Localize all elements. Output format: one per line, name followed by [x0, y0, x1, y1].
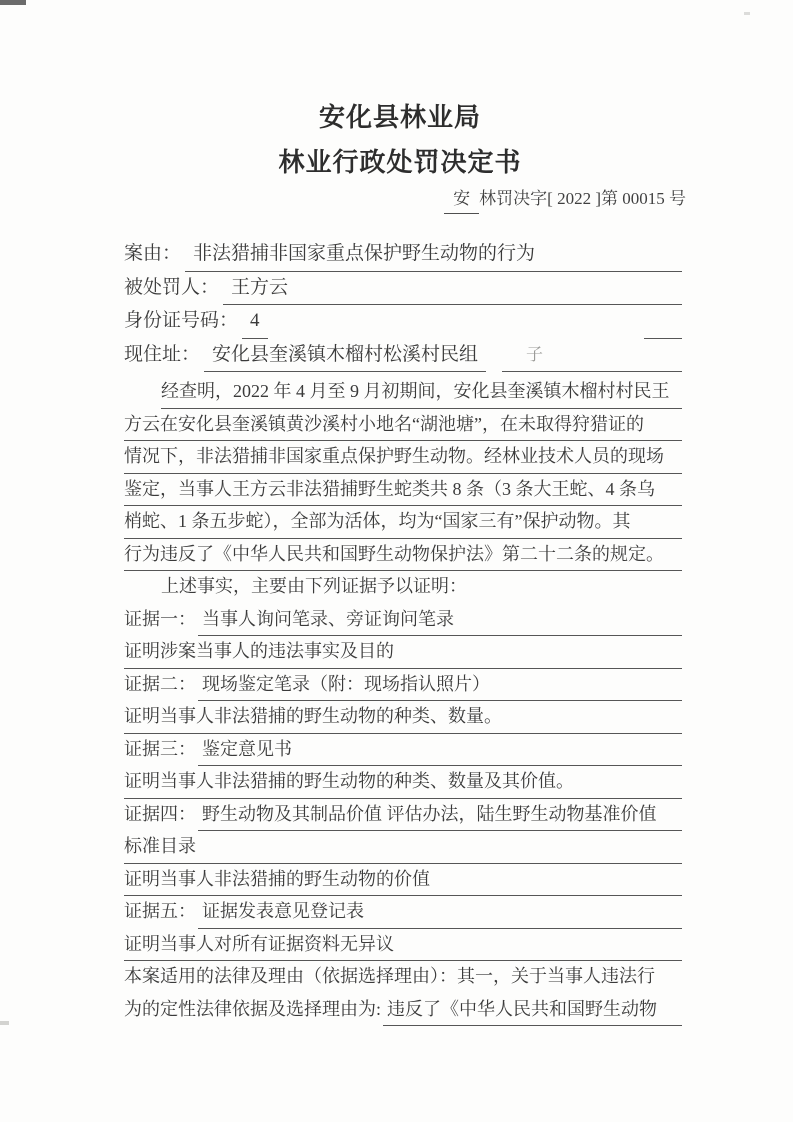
document-line: 情况下，非法猎捕非国家重点保护野生动物。经林业技术人员的现场: [124, 441, 682, 474]
document-line: 证据三：鉴定意见书: [124, 734, 682, 767]
document-line: 证明当事人对所有证据资料无异议: [124, 929, 682, 962]
line-value: 违反了《中华人民共和国野生动物: [387, 999, 657, 1019]
org-name: 安化县林业局: [120, 97, 680, 134]
field-value: 王方云: [231, 277, 288, 298]
field-row: 身份证号码：4: [124, 305, 682, 339]
field-value: 安化县奎溪镇木榴村松溪村民组: [204, 339, 486, 373]
document-line: 证据四：野生动物及其制品价值 评估办法，陆生野生动物基准价值: [124, 799, 682, 832]
document-line: 鉴定，当事人王方云非法猎捕野生蛇类共 8 条（3 条大王蛇、4 条乌: [124, 474, 682, 507]
line-value-underline: 野生动物及其制品价值 评估办法，陆生野生动物基准价值: [198, 799, 682, 832]
line-label: 为的定性法律依据及选择理由为:: [124, 994, 383, 1027]
line-value: 当事人询问笔录、旁证询问笔录: [202, 609, 454, 629]
body-section: 经查明，2022 年 4 月至 9 月初期间，安化县奎溪镇木榴村村民王方云在安化…: [124, 376, 682, 1026]
document-line: 经查明，2022 年 4 月至 9 月初期间，安化县奎溪镇木榴村村民王: [124, 376, 682, 409]
redaction-ghost-char: 子: [526, 345, 543, 364]
field-label: 现住址：: [124, 339, 204, 373]
document-line: 证据二：现场鉴定笔录（附：现场指认照片）: [124, 669, 682, 702]
scan-artifact: [744, 12, 750, 15]
line-value-underline: 证据发表意见登记表: [198, 896, 682, 929]
line-value: 野生动物及其制品价值 评估办法，陆生野生动物基准价值: [202, 804, 657, 824]
doc-number: 安林罚决字[ 2022 ]第 00015 号: [120, 186, 686, 214]
field-value: 非法猎捕非国家重点保护野生动物的行为: [193, 243, 535, 264]
line-label: 证据三：: [124, 734, 198, 767]
line-label: 证据二：: [124, 669, 198, 702]
document-line: 证明当事人非法猎捕的野生动物的价值: [124, 864, 682, 897]
page-title: 林业行政处罚决定书: [120, 142, 680, 179]
scan-artifact: [0, 0, 26, 5]
line-label: 证据一：: [124, 604, 198, 637]
document-line: 行为违反了《中华人民共和国野生动物保护法》第二十二条的规定。: [124, 539, 682, 572]
line-text: 经查明，2022 年 4 月至 9 月初期间，安化县奎溪镇木榴村村民王: [161, 376, 682, 409]
document-line: 梢蛇、1 条五步蛇），全部为活体，均为“国家三有”保护动物。其: [124, 506, 682, 539]
field-label: 被处罚人：: [124, 272, 223, 306]
underline-fragment: [644, 305, 682, 339]
line-label: 证据四：: [124, 799, 198, 832]
line-value-underline: 现场鉴定笔录（附：现场指认照片）: [198, 669, 682, 702]
underline-gap: [486, 339, 502, 373]
line-value-underline: 当事人询问笔录、旁证询问笔录: [198, 604, 682, 637]
line-value-underline: 鉴定意见书: [198, 734, 682, 767]
document-line: 上述事实，主要由下列证据予以证明：: [124, 571, 682, 604]
document-line: 证明涉案当事人的违法事实及目的: [124, 636, 682, 669]
field-value: 4: [242, 305, 268, 339]
document-line: 方云在安化县奎溪镇黄沙溪村小地名“湖池塘”，在未取得狩猎证的: [124, 409, 682, 442]
document-line: 本案适用的法律及理由（依据选择理由）：其一，关于当事人违法行: [124, 961, 682, 994]
field-value-underline: 王方云: [223, 272, 682, 306]
document-line: 证据五：证据发表意见登记表: [124, 896, 682, 929]
fields-section: 案由：非法猎捕非国家重点保护野生动物的行为被处罚人：王方云身份证号码：4现住址：…: [124, 238, 682, 372]
doc-number-prefix: 安: [444, 186, 479, 214]
document-line: 标准目录: [124, 831, 682, 864]
doc-number-rest: 林罚决字[ 2022 ]第 00015 号: [479, 189, 686, 208]
document-line: 证明当事人非法猎捕的野生动物的种类、数量及其价值。: [124, 766, 682, 799]
field-label: 身份证号码：: [124, 305, 242, 339]
line-value: 证据发表意见登记表: [202, 901, 364, 921]
field-underline-extension: 子: [502, 339, 682, 373]
document-line: 证据一：当事人询问笔录、旁证询问笔录: [124, 604, 682, 637]
line-value-underline: 违反了《中华人民共和国野生动物: [383, 994, 682, 1027]
field-row: 现住址：安化县奎溪镇木榴村松溪村民组子: [124, 339, 682, 373]
field-label: 案由：: [124, 238, 185, 272]
line-value: 现场鉴定笔录（附：现场指认照片）: [202, 674, 490, 694]
document-line: 证明当事人非法猎捕的野生动物的种类、数量。: [124, 701, 682, 734]
document-page: 安化县林业局 林业行政处罚决定书 安林罚决字[ 2022 ]第 00015 号 …: [0, 0, 793, 1122]
redacted-blank-area: [268, 305, 644, 339]
line-label: 证据五：: [124, 896, 198, 929]
line-value: 鉴定意见书: [202, 739, 292, 759]
scan-artifact: [0, 1021, 9, 1025]
field-row: 案由：非法猎捕非国家重点保护野生动物的行为: [124, 238, 682, 272]
field-value-underline: 非法猎捕非国家重点保护野生动物的行为: [185, 238, 682, 272]
field-row: 被处罚人：王方云: [124, 272, 682, 306]
document-line: 为的定性法律依据及选择理由为:违反了《中华人民共和国野生动物: [124, 994, 682, 1027]
